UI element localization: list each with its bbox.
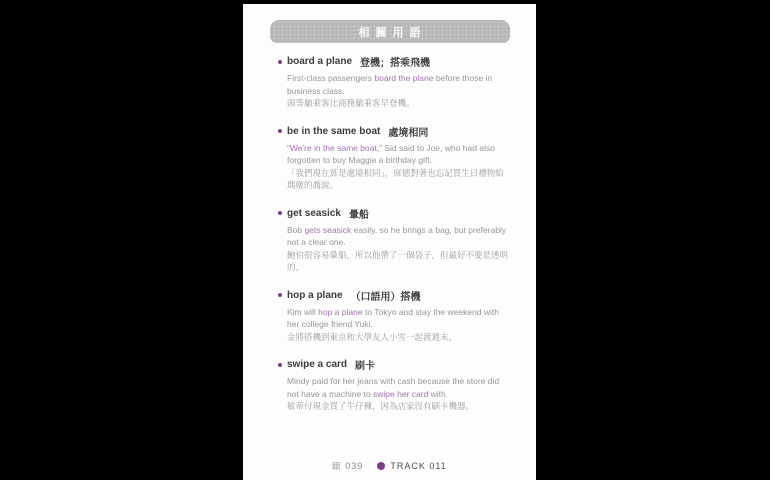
entry-headword: hop a plane （口語用）搭機 [278,288,510,303]
book-page: 相關用語 board a plane 登機；搭乘飛機 First-class p… [243,4,536,480]
page-footer: 039 TRACK 011 [243,461,536,471]
example-sentence: First-class passengers board the plane b… [287,72,510,97]
entry-body: “We're in the same boat,” Sid said to Jo… [287,142,510,192]
example-sentence: Bob gets seasick easily, so he brings a … [287,224,510,249]
bullet-icon [278,211,282,215]
example-sentence: Mindy paid for her jeans with cash becau… [287,375,510,400]
sentence-highlight: “We're in the same boat,” [287,143,382,153]
term-english: be in the same boat [287,126,380,137]
sentence-pre: First-class passengers [287,73,374,83]
example-sentence: Kim will hop a plane to Tokyo and stay t… [287,306,510,331]
entry-body: Mindy paid for her jeans with cash becau… [287,375,510,413]
entry-body: First-class passengers board the plane b… [287,72,510,110]
screenshot-background: 相關用語 board a plane 登機；搭乘飛機 First-class p… [0,0,770,480]
term-chinese: 刷卡 [355,357,375,372]
term-chinese: 登機；搭乘飛機 [360,54,430,69]
sentence-translation: 敏蒂付現金買了牛仔褲，因為店家沒有刷卡機器。 [287,400,510,413]
sentence-pre: Kim will [287,307,318,317]
page-number: 039 [345,461,363,471]
term-chinese: （口語用）搭機 [351,288,421,303]
vocab-entry: hop a plane （口語用）搭機 Kim will hop a plane… [278,288,510,344]
term-english: board a plane [287,56,352,67]
entry-body: Kim will hop a plane to Tokyo and stay t… [287,306,510,344]
sentence-highlight: hop a plane [318,307,362,317]
vocab-entry: be in the same boat 處境相同 “We're in the s… [278,124,510,192]
track-icon [377,462,385,470]
term-chinese: 暈船 [349,206,369,221]
term-english: get seasick [287,208,341,219]
example-sentence: “We're in the same boat,” Sid said to Jo… [287,142,510,167]
term-english: hop a plane [287,290,343,301]
vocab-entry: get seasick 暈船 Bob gets seasick easily, … [278,206,510,274]
sentence-translation: 金將搭機到東京和大學友人小雪一起渡週末。 [287,331,510,344]
track-label: TRACK 011 [390,461,446,471]
entry-list: board a plane 登機；搭乘飛機 First-class passen… [243,43,536,413]
entry-headword: board a plane 登機；搭乘飛機 [278,54,510,69]
bullet-icon [278,293,282,297]
bullet-icon [278,60,282,64]
vocab-entry: swipe a card 刷卡 Mindy paid for her jeans… [278,357,510,413]
page-number-icon [332,462,340,470]
term-english: swipe a card [287,359,347,370]
section-banner: 相關用語 [270,20,510,43]
sentence-post: with. [428,389,448,399]
sentence-highlight: gets seasick [305,225,352,235]
entry-headword: be in the same boat 處境相同 [278,124,510,139]
entry-headword: swipe a card 刷卡 [278,357,510,372]
sentence-translation: 頭等艙乘客比商務艙乘客早登機。 [287,97,510,110]
entry-headword: get seasick 暈船 [278,206,510,221]
entry-body: Bob gets seasick easily, so he brings a … [287,224,510,274]
section-title: 相關用語 [353,24,427,40]
sentence-translation: 「我們現在算是處境相同」，席德對著也忘記買生日禮物給瑪姬的喬說。 [287,167,510,192]
sentence-translation: 鮑伯很容易暈船，所以他帶了一個袋子，但最好不要是透明的。 [287,249,510,274]
vocab-entry: board a plane 登機；搭乘飛機 First-class passen… [278,54,510,110]
sentence-pre: Bob [287,225,305,235]
term-chinese: 處境相同 [388,124,428,139]
bullet-icon [278,129,282,133]
bullet-icon [278,363,282,367]
sentence-highlight: swipe her card [373,389,428,399]
sentence-highlight: board the plane [374,73,433,83]
